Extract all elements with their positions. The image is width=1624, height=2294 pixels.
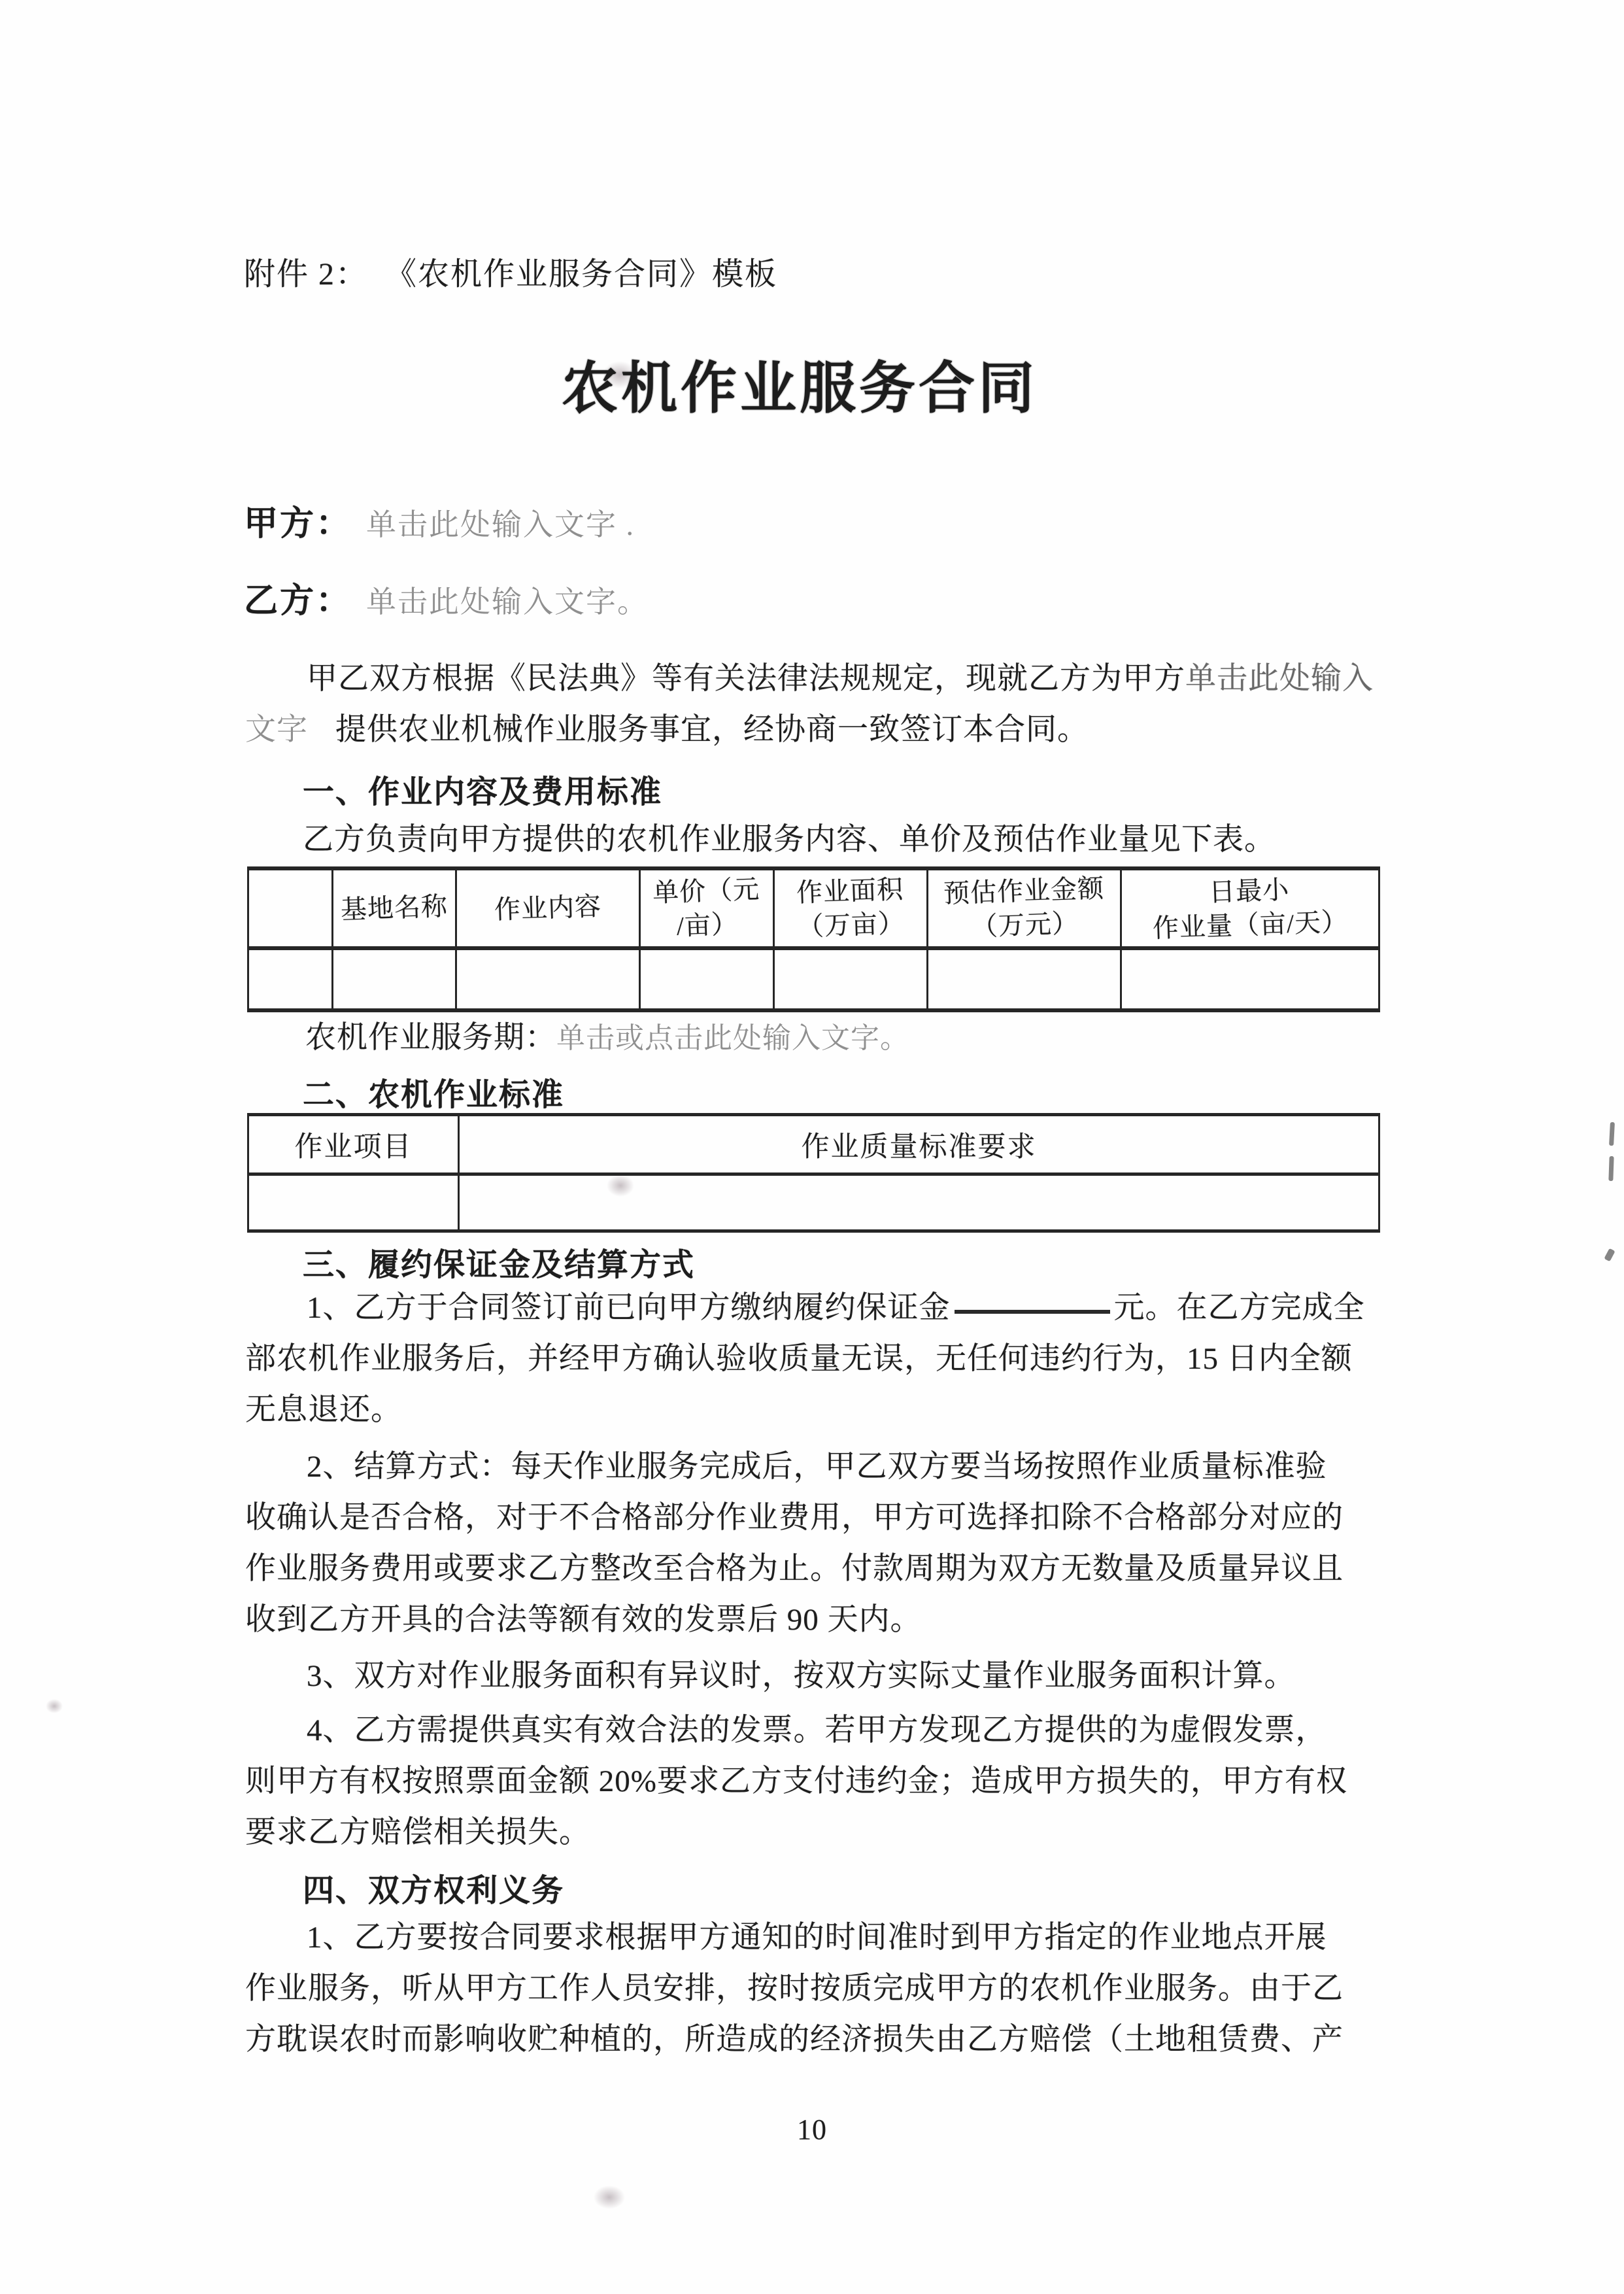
fee-th-base-name: 基地名称 [333, 868, 456, 948]
clause-3-1-line-1: 1、乙方于合同签订前已向甲方缴纳履约保证金元。在乙方完成全 [245, 1282, 1365, 1333]
clause-3-4-line-2: 则甲方有权按照票面金额 20%要求乙方支付违约金；造成甲方损失的，甲方有权 [245, 1756, 1347, 1807]
party-a-placeholder-field[interactable]: 单击此处输入文字 . [366, 508, 635, 541]
fee-cell-index[interactable] [248, 948, 333, 1010]
fee-table: 基地名称 作业内容 单价（元/亩） 作业面积（万亩） 预估作业金额（万元） 日最… [247, 866, 1380, 1012]
clause-3-1: 1、乙方于合同签订前已向甲方缴纳履约保证金元。在乙方完成全 部农机作业服务后，并… [245, 1282, 1365, 1435]
service-period-placeholder-field[interactable]: 单击或点击此处输入文字。 [556, 1022, 909, 1054]
clause-3-2-line-1: 2、结算方式：每天作业服务完成后，甲乙双方要当场按照作业质量标准验 [245, 1441, 1344, 1492]
attachment-title: 《农机作业服务合同》模板 [385, 257, 777, 292]
std-cell-project[interactable] [248, 1174, 459, 1231]
scanned-contract-page: 附件 2：《农机作业服务合同》模板 农机作业服务合同 甲方：单击此处输入文字 .… [0, 0, 1624, 2294]
fee-th-unit-price: 单价（元/亩） [640, 868, 774, 948]
clause-3-3: 3、双方对作业服务面积有异议时，按双方实际丈量作业服务面积计算。 [245, 1651, 1296, 1702]
attachment-label: 附件 2： [244, 257, 368, 292]
service-period-label: 农机作业服务期： [305, 1021, 556, 1055]
fee-th-daily-min: 日最小作业量（亩/天） [1121, 868, 1379, 948]
fee-th-index [248, 868, 333, 948]
intro-placeholder-field[interactable]: 单击此处输入 [1185, 662, 1374, 696]
clause-4-1-line-1: 1、乙方要按合同要求根据甲方通知的时间准时到甲方指定的作业地点开展 [245, 1912, 1344, 1963]
page-number: 10 [243, 2113, 1381, 2146]
intro-line-2: 文字提供农业机械作业服务事宜，经协商一致签订本合同。 [245, 704, 1374, 755]
party-b-placeholder-field[interactable]: 单击此处输入文字。 [366, 585, 649, 619]
deposit-amount-blank[interactable] [955, 1305, 1110, 1314]
clause-3-2-line-3: 作业服务费用或要求乙方整改至合格为止。付款周期为双方无数量及质量异议且 [245, 1543, 1344, 1594]
fee-cell-unit-price[interactable] [640, 948, 774, 1010]
party-b-row: 乙方：单击此处输入文字。 [244, 573, 649, 622]
std-cell-quality-requirement[interactable] [459, 1174, 1379, 1231]
party-a-label: 甲方： [244, 505, 352, 543]
clause-3-2: 2、结算方式：每天作业服务完成后，甲乙双方要当场按照作业质量标准验 收确认是否合… [245, 1441, 1344, 1645]
fee-cell-base-name[interactable] [333, 948, 456, 1010]
fee-th-work-content: 作业内容 [456, 868, 640, 948]
scan-mark-right-1 [1609, 1122, 1615, 1146]
party-a-row: 甲方：单击此处输入文字 . [244, 496, 635, 545]
clause-4-1: 1、乙方要按合同要求根据甲方通知的时间准时到甲方指定的作业地点开展 作业服务，听… [245, 1912, 1344, 2065]
fee-cell-work-content[interactable] [456, 948, 640, 1010]
standards-table-header-row: 作业项目 作业质量标准要求 [248, 1115, 1379, 1174]
document-title: 农机作业服务合同 [231, 343, 1368, 424]
clause-3-4: 4、乙方需提供真实有效合法的发票。若甲方发现乙方提供的为虚假发票， 则甲方有权按… [245, 1705, 1347, 1858]
party-b-label: 乙方： [244, 583, 352, 620]
fee-cell-estimated-amount[interactable] [928, 948, 1121, 1010]
section-two-heading: 二、农机作业标准 [303, 1069, 564, 1114]
intro-placeholder-wrap[interactable]: 文字 [245, 713, 308, 747]
attachment-header: 附件 2：《农机作业服务合同》模板 [244, 248, 777, 294]
fee-table-empty-row [248, 948, 1379, 1010]
clause-3-4-line-1: 4、乙方需提供真实有效合法的发票。若甲方发现乙方提供的为虚假发票， [245, 1705, 1347, 1756]
scan-dot-left [46, 1699, 63, 1713]
clause-3-1-line-3: 无息退还。 [245, 1384, 1365, 1435]
clause-3-4-line-3: 要求乙方赔偿相关损失。 [245, 1807, 1347, 1858]
scan-mark-right-3 [1604, 1248, 1615, 1262]
scan-smudge-table [607, 1174, 634, 1197]
fee-th-area: 作业面积（万亩） [774, 868, 928, 948]
fee-cell-daily-min[interactable] [1121, 948, 1379, 1010]
clause-3-1-line-2: 部农机作业服务后，并经甲方确认验收质量无误，无任何违约行为，15 日内全额 [245, 1333, 1365, 1384]
section-one-heading: 一、作业内容及费用标准 [303, 766, 662, 812]
clause-4-1-line-2: 作业服务，听从甲方工作人员安排，按时按质完成甲方的农机作业服务。由于乙 [245, 1963, 1344, 2014]
standards-table: 作业项目 作业质量标准要求 [247, 1113, 1380, 1233]
section-one-lead: 乙方负责向甲方提供的农机作业服务内容、单价及预估作业量见下表。 [303, 814, 1276, 865]
clause-3-3-line-1: 3、双方对作业服务面积有异议时，按双方实际丈量作业服务面积计算。 [245, 1651, 1296, 1702]
standards-table-empty-row [248, 1174, 1379, 1231]
fee-table-header-row: 基地名称 作业内容 单价（元/亩） 作业面积（万亩） 预估作业金额（万元） 日最… [248, 868, 1379, 948]
intro-paragraph: 甲乙双方根据《民法典》等有关法律法规规定，现就乙方为甲方单击此处输入 文字提供农… [245, 653, 1374, 755]
intro-line-1: 甲乙双方根据《民法典》等有关法律法规规定，现就乙方为甲方单击此处输入 [245, 653, 1374, 704]
section-four-heading: 四、双方权利义务 [303, 1865, 564, 1910]
std-th-project: 作业项目 [248, 1115, 459, 1174]
fee-cell-area[interactable] [774, 948, 928, 1010]
fee-th-estimated-amount: 预估作业金额（万元） [928, 868, 1121, 948]
section-three-heading: 三、履约保证金及结算方式 [303, 1239, 695, 1284]
clause-3-2-line-4: 收到乙方开具的合法等额有效的发票后 90 天内。 [245, 1594, 1344, 1645]
scan-mark-right-2 [1608, 1156, 1614, 1181]
clause-4-1-line-3: 方耽误农时而影响收贮种植的，所造成的经济损失由乙方赔偿（土地租赁费、产 [245, 2014, 1344, 2065]
service-period-row: 农机作业服务期：单击或点击此处输入文字。 [305, 1012, 909, 1064]
clause-3-2-line-2: 收确认是否合格，对于不合格部分作业费用，甲方可选择扣除不合格部分对应的 [245, 1492, 1344, 1543]
scan-smudge-bottom [594, 2185, 625, 2209]
std-th-quality-requirement: 作业质量标准要求 [459, 1115, 1379, 1174]
